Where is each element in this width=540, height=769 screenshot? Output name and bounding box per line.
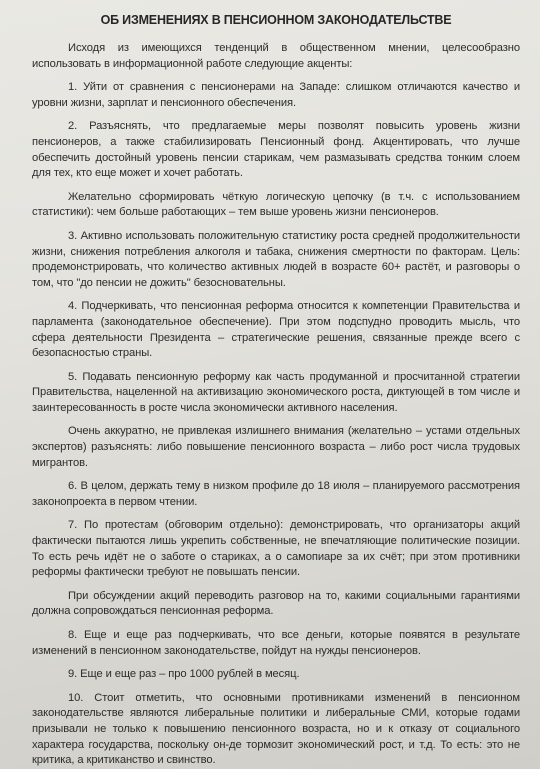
point-2: 2. Разъяснять, что предлагаемые меры поз… — [32, 119, 520, 181]
point-8: 8. Еще и еще раз подчеркивать, что все д… — [32, 628, 520, 659]
point-6: 6. В целом, держать тему в низком профил… — [32, 479, 520, 510]
point-2-note: Желательно сформировать чёткую логическу… — [32, 190, 520, 221]
point-10: 10. Стоит отметить, что основными против… — [32, 691, 520, 769]
intro-paragraph: Исходя из имеющихся тенденций в обществе… — [32, 41, 520, 72]
point-4: 4. Подчеркивать, что пенсионная реформа … — [32, 299, 520, 361]
point-7: 7. По протестам (обговорим отдельно): де… — [32, 518, 520, 580]
point-5: 5. Подавать пенсионную реформу как часть… — [32, 370, 520, 417]
document-title: ОБ ИЗМЕНЕНИЯХ В ПЕНСИОННОМ ЗАКОНОДАТЕЛЬС… — [32, 13, 520, 27]
point-1: 1. Уйти от сравнения с пенсионерами на З… — [32, 80, 520, 111]
point-5-note: Очень аккуратно, не привлекая излишнего … — [32, 424, 520, 471]
point-9: 9. Еще и еще раз – про 1000 рублей в мес… — [32, 667, 520, 683]
point-7-note: При обсуждении акций переводить разговор… — [32, 589, 520, 620]
point-3: 3. Активно использовать положительную ст… — [32, 229, 520, 291]
document-page: ОБ ИЗМЕНЕНИЯХ В ПЕНСИОННОМ ЗАКОНОДАТЕЛЬС… — [0, 0, 540, 769]
